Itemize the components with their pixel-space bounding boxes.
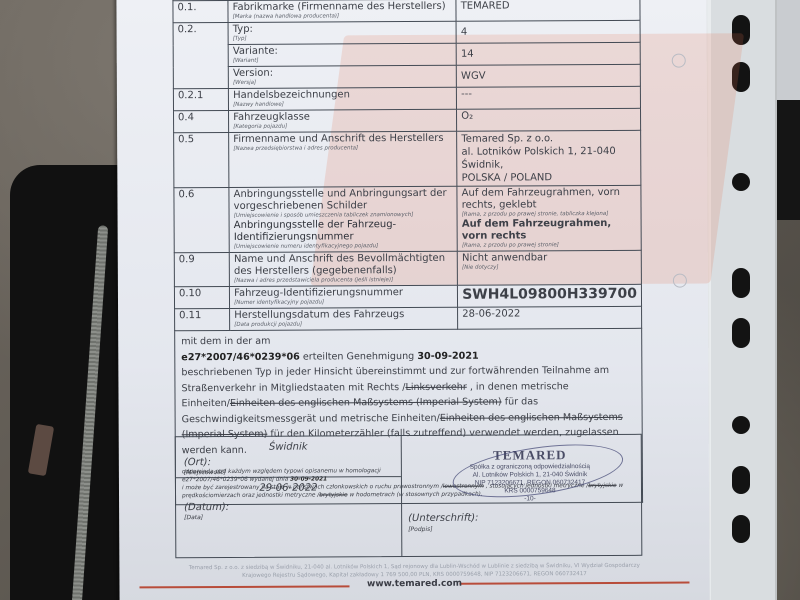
row-value: 14	[461, 48, 636, 61]
table-row: 0.5 Firmenname und Anschrift des Herstel…	[174, 130, 641, 187]
row-label-2-pl: [Umiejscowienie numeru identyfikacyjnego…	[234, 243, 453, 251]
row-label-pl: [Marka (nazwa handlowa producenta)]	[233, 13, 452, 21]
approval-text: erteilten Genehmigung	[300, 350, 418, 362]
row-number: 0.10	[174, 286, 229, 308]
row-value: Nicht anwendbar	[462, 252, 637, 265]
row-label-2: Anbringungsstelle der Fahrzeug-Identifiz…	[234, 219, 453, 244]
struck-text: Einheiten des englischen Maßsystems (Imp…	[230, 397, 502, 409]
row-label: Variante:	[233, 45, 452, 58]
row-label: Firmenname und Anschrift des Herstellers	[233, 133, 452, 146]
row-label-pl: [Typ]	[233, 35, 452, 43]
row-value-2-pl: [Rama, z przodu po prawej stronie]	[462, 242, 637, 250]
punch-hole-mark	[672, 54, 686, 68]
row-value: O₂	[461, 110, 636, 123]
table-row: 0.6 Anbringungsstelle und Anbringungsart…	[174, 185, 641, 252]
footer-website-link[interactable]: www.temared.com	[119, 577, 709, 590]
row-label: Name und Anschrift des Bevollmächtigten …	[234, 253, 453, 278]
row-label: Fabrikmarke (Firmenname des Herstellers)	[233, 1, 452, 14]
date-value: 29-06-2022	[176, 482, 401, 494]
table-row: Version:[Wersja] WGV	[173, 64, 640, 88]
row-label: Herstellungsdatum des Fahrzeugs	[234, 309, 453, 322]
place-value: Świdnik	[176, 441, 401, 453]
signature-block: Świdnik (Ort): [Miejscowość] 29-06-2022 …	[175, 434, 643, 558]
place-label-pl: [Miejscowość]	[184, 469, 226, 476]
row-label-pl: [Wariant]	[233, 57, 452, 65]
approval-number: e27*2007/46*0239*06	[181, 351, 300, 363]
row-number: 0.5	[174, 132, 229, 187]
row-number: 0.1.	[173, 0, 228, 22]
row-label: Version:	[233, 67, 452, 80]
table-row: 0.2. Typ:[Typ] 4	[173, 20, 640, 44]
struck-text: Linksverkehr	[405, 381, 466, 392]
row-value: ---	[461, 88, 636, 101]
row-label: Anbringungsstelle und Anbringungsart der…	[234, 188, 453, 213]
place-cell: Świdnik (Ort): [Miejscowość]	[176, 436, 401, 478]
row-label-pl: [Kategoria pojazdu]	[233, 123, 452, 131]
certificate-of-conformity-page: 0.1. Fabrikmarke (Firmenname des Herstel…	[116, 0, 709, 600]
place-date-column: Świdnik (Ort): [Miejscowość] 29-06-2022 …	[176, 436, 403, 557]
row-value: TEMARED	[461, 0, 636, 13]
binder-hole	[732, 268, 750, 298]
row-value: 28-06-2022	[462, 308, 637, 321]
binder-hole	[732, 466, 750, 494]
punch-hole-mark	[673, 274, 687, 288]
signature-label: (Unterschrift):	[408, 513, 478, 524]
row-number: 0.6	[174, 187, 229, 252]
row-number: 0.2.1	[173, 88, 228, 110]
row-label: Typ:	[233, 23, 452, 36]
vin-value: SWH4L09800H339700	[462, 286, 637, 303]
black-bag	[10, 165, 130, 600]
row-value-2: Auf dem Fahrzeugrahmen, vorn rechts	[462, 218, 637, 243]
row-value: Auf dem Fahrzeugrahmen, vorn rechts, gek…	[462, 187, 637, 212]
row-number: 0.11	[175, 308, 230, 330]
table-row: 0.4 Fahrzeugklasse[Kategoria pojazdu] O₂	[174, 108, 641, 132]
row-number: 0.2.	[173, 22, 228, 88]
approval-date: 30-09-2021	[417, 350, 478, 361]
table-row: 0.1. Fabrikmarke (Firmenname des Herstel…	[173, 0, 640, 23]
binder-hole	[732, 173, 750, 191]
row-value: 4	[461, 26, 636, 39]
row-number: 0.9	[174, 252, 229, 286]
signature-label-pl: [Podpis]	[408, 526, 432, 533]
place-label: (Ort):	[184, 457, 211, 468]
row-number: 0.4	[174, 110, 229, 132]
row-value-line: Temared Sp. z o.o.	[461, 132, 636, 146]
binder-hole	[732, 416, 750, 434]
row-label: Fahrzeugklasse	[233, 111, 452, 124]
row-label-pl: [Nazwa przedsiębiorstwa i adres producen…	[233, 145, 452, 153]
row-label-pl: [Nazwa i adres przedstawiciela producent…	[234, 277, 453, 285]
row-label-pl: [Data produkcji pojazdu]	[234, 321, 453, 329]
table-row: 0.2.1 Handelsbezeichnungen[Nazwy handlow…	[173, 86, 640, 110]
row-label-pl: [Numer identyfikacyjny pojazdu]	[234, 299, 453, 307]
vehicle-spec-table: 0.1. Fabrikmarke (Firmenname des Herstel…	[172, 0, 642, 331]
date-cell: 29-06-2022 (Datum): [Data]	[176, 477, 401, 556]
date-label-pl: [Data]	[184, 514, 203, 521]
date-label: (Datum):	[184, 502, 229, 513]
row-value-line: POLSKA / POLAND	[462, 171, 637, 185]
signature-cell: TEMARED Spółka z ograniczoną odpowiedzia…	[402, 435, 642, 556]
row-value-pl: [Nie dotyczy]	[462, 264, 637, 272]
row-value: WGV	[461, 70, 636, 83]
row-value-line: al. Lotników Polskich 1, 21-040 Świdnik,	[461, 145, 636, 172]
table-row: Variante:[Wariant] 14	[173, 42, 640, 66]
table-row: 0.9 Name und Anschrift des Bevollmächtig…	[174, 250, 641, 286]
row-label: Handelsbezeichnungen	[233, 89, 452, 102]
row-label-pl: [Wersja]	[233, 79, 452, 87]
row-label-pl: [Nazwy handlowe]	[233, 101, 452, 109]
document-content: 0.1. Fabrikmarke (Firmenname des Herstel…	[172, 0, 643, 505]
table-row: 0.11 Herstellungsdatum des Fahrzeugs[Dat…	[175, 306, 642, 330]
binder-hole	[732, 515, 750, 543]
table-row: 0.10 Fahrzeug-Identifizierungsnummer[Num…	[174, 284, 641, 308]
row-label: Fahrzeug-Identifizierungsnummer	[234, 287, 453, 300]
binder-hole	[732, 318, 750, 348]
